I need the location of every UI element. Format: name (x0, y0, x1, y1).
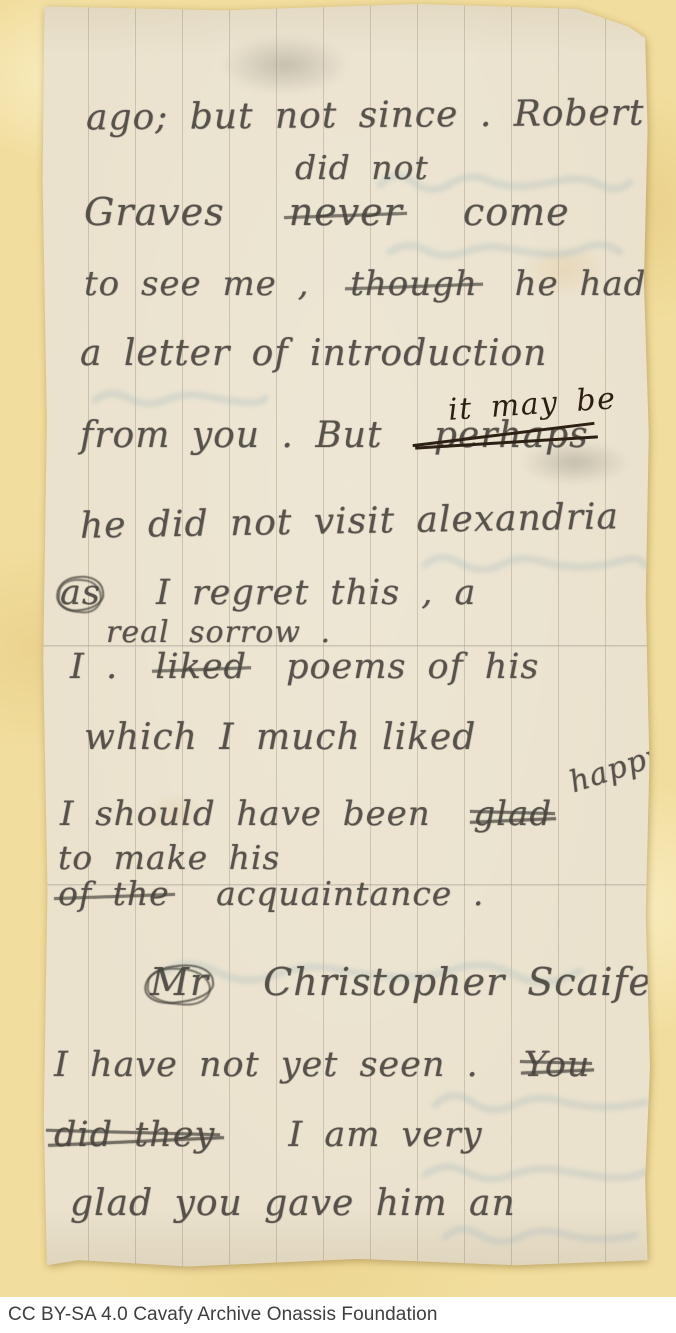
struck-word: as (60, 574, 101, 613)
manuscript-line-14: of the acquaintance . (58, 876, 484, 912)
struck-word: did they (54, 1116, 215, 1155)
word-segment: come (463, 192, 570, 234)
struck-word: never (289, 192, 403, 234)
word-segment: from you . But (80, 416, 382, 456)
manuscript-line-12: I should have been glad (60, 796, 552, 833)
manuscript-line-17: did they I am very (54, 1116, 483, 1155)
word-segment: he had (515, 266, 647, 303)
archive-photo: ago; but not since . Robert did not Grav… (0, 0, 676, 1333)
struck-word: though (350, 266, 478, 303)
manuscript-line-1: ago; but not since . Robert (86, 94, 645, 138)
struck-word: liked (155, 648, 247, 687)
pencil-smudge (220, 35, 350, 95)
manuscript-page-wrap: ago; but not since . Robert did not Grav… (42, 4, 650, 1269)
word-segment: Christopher Scaife (263, 962, 652, 1004)
insertion-it-may-be: it may be (447, 382, 617, 427)
manuscript-line-4: to see me , though he had (84, 266, 646, 303)
word-segment: ago; but not since . Robert (86, 94, 645, 138)
struck-word: glad (473, 796, 552, 833)
manuscript-line-16: I have not yet seen . You (54, 1046, 590, 1085)
manuscript-line-5: a letter of introduction (80, 334, 547, 374)
word-segment: it may be (447, 382, 617, 427)
word-segment: I have not yet seen . (54, 1046, 479, 1085)
manuscript-page: ago; but not since . Robert did not Grav… (42, 4, 650, 1269)
word-segment: real sorrow . (106, 616, 331, 649)
word-segment: I am very (288, 1116, 482, 1155)
license-caption: CC BY-SA 4.0 Cavafy Archive Onassis Foun… (0, 1304, 438, 1326)
manuscript-line-15: Mr Christopher Scaife (150, 962, 652, 1004)
manuscript-line-10: I . liked poems of his (70, 648, 539, 687)
license-caption-bar: CC BY-SA 4.0 Cavafy Archive Onassis Foun… (0, 1297, 676, 1333)
word-segment: did not (295, 150, 429, 186)
manuscript-line-7: he did not visit alexandria (80, 497, 620, 546)
struck-word: You (524, 1046, 591, 1085)
word-segment: to make his (58, 840, 280, 876)
word-segment: I . (70, 648, 118, 687)
manuscript-line-11: which I much liked (84, 718, 476, 758)
manuscript-line-13: to make his (58, 840, 280, 876)
struck-word: Mr (150, 962, 209, 1004)
manuscript-line-18: glad you gave him an (70, 1184, 516, 1224)
word-segment: I regret this , a (156, 574, 476, 613)
word-segment: to see me , (84, 266, 309, 303)
word-segment: acquaintance . (216, 876, 484, 912)
word-segment: glad you gave him an (70, 1184, 516, 1224)
manuscript-line-8: as I regret this , a (60, 574, 476, 613)
word-segment: poems of his (286, 648, 539, 687)
insertion-did-not: did not (295, 150, 429, 186)
manuscript-line-9: real sorrow . (106, 616, 331, 649)
word-segment: I should have been (60, 796, 431, 833)
word-segment: Graves (84, 192, 225, 234)
word-segment: he did not visit alexandria (80, 497, 620, 546)
verso-show-through (90, 380, 270, 415)
manuscript-line-3: Graves never come (84, 192, 570, 234)
struck-word: of the (58, 876, 170, 912)
word-segment: which I much liked (84, 718, 476, 758)
word-segment: a letter of introduction (80, 334, 547, 374)
